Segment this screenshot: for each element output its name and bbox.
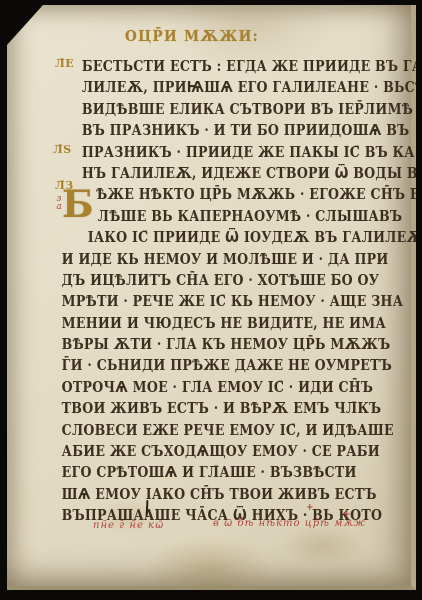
text-line: И ИДЕ КЬ НЕМОУ И МОЛѢШЕ И · ДА ПРИ [60, 249, 337, 270]
insertion-cross-mark: + [306, 503, 314, 513]
text-line: ДЪ ИЦѢЛИТЪ СН̄А ЕГО · ХОТѢШЕ БО ОУ [60, 270, 337, 291]
main-text-block: БЕСТЬСТИ ЕСТЪ : ЕГДА ЖЕ ПРИИДЕ ВЪ ГА ЛИЛ… [60, 56, 390, 527]
parchment-page: ОЦР̄И МѪЖИ: Л̄Е Л̄Ѕ Л̄З з а Б БЕСТЬСТИ Е… [7, 5, 416, 590]
manuscript-photo: { "manuscript": { "header_rubric": "ОЦР̄… [0, 0, 422, 600]
text-line: ЛѢШЕ ВЬ КАПЕРНАОУМѢ · СЛЫШАВЪ [60, 206, 337, 227]
footer-liturgical-rubric-left: пн̄е г̄ н̄е кѡ̑ [93, 520, 164, 531]
text-line: ЛИЛЕѪ, ПРИѨШѦ ЕГО ГАЛИЛЕАНЕ · ВЬСѢ [60, 77, 337, 98]
text-line: НЪ ГАЛИЛЕѪ, ИДЕЖЕ СТВОРИ Ѿ ВОДЫ ВИНО [60, 163, 337, 184]
text-line: ОТРОЧѦ МОЕ · ГЛ̄А ЕМОУ ІС̄ · ИДИ СН̄Ъ [60, 377, 337, 398]
text-line: АБИЕ ЖЕ СЪХОДѦЩОУ ЕМОУ · СЕ РАБИ [60, 441, 337, 462]
text-line: ЕГО СРѢТОШѦ И ГЛ̄АШЕ · ВЪЗВѢСТИ [60, 462, 337, 483]
footer-cross-mark: + [343, 510, 351, 520]
text-line: ТВОИ ЖИВЪ ЕСТЪ · И ВѢРѪ ЕМЪ ЧЛ̄КЪ [60, 398, 337, 419]
text-line: ПРАЗНИКЪ · ПРИИДЕ ЖЕ ПАКЫ ІС̄ ВЪ КА [60, 142, 337, 163]
text-line: ВѢРЫ ѪТИ · ГЛ̄А КЪ НЕМОУ ЦР̄Ь МѪЖЪ [60, 334, 337, 355]
text-line: Г̄И · СЬНИДИ ПРѢЖЕ ДАЖЕ НЕ ОУМРЕТЪ [60, 355, 337, 376]
text-line: БЕСТЬСТИ ЕСТЪ : ЕГДА ЖЕ ПРИИДЕ ВЪ ГА [60, 56, 337, 77]
text-line: СЛОВЕСИ ЕЖЕ РЕЧЕ ЕМОУ ІС̄, И ИДѢАШЕ [60, 420, 337, 441]
text-line: МЕНИИ И ЧЮДЕСЪ НЕ ВИДИТЕ, НЕ ИМА [60, 313, 337, 334]
text-line: ШѦ ЕМОУ ІАКО СН̄Ъ ТВОИ ЖИВЪ ЕСТЪ [60, 484, 337, 505]
text-line: ѢЖЕ НѢКТО ЦР̄Ь МѪЖЬ · ЕГОЖЕ СН̄Ъ БО [60, 184, 337, 205]
text-line: ВЪ ПРАЗНИКЪ · И ТИ БО ПРИИДОШѦ ВЪ [60, 120, 337, 141]
text-line: ВИДѢВШЕ ЕЛИКА СЪТВОРИ ВЪ ІЕР̄ЛИМѢ [60, 99, 337, 120]
text-line: ІАКО ІС̄ ПРИИДЕ Ѿ ІОУДЕѪ ВЪ ГАЛИЛЕѪ [60, 227, 337, 248]
header-rubric: ОЦР̄И МѪЖИ: [125, 27, 259, 45]
text-line: МРѢТИ · РЕЧЕ ЖЕ ІС̄ КЬ НЕМОУ · АЩЕ ЗНА [60, 291, 337, 312]
